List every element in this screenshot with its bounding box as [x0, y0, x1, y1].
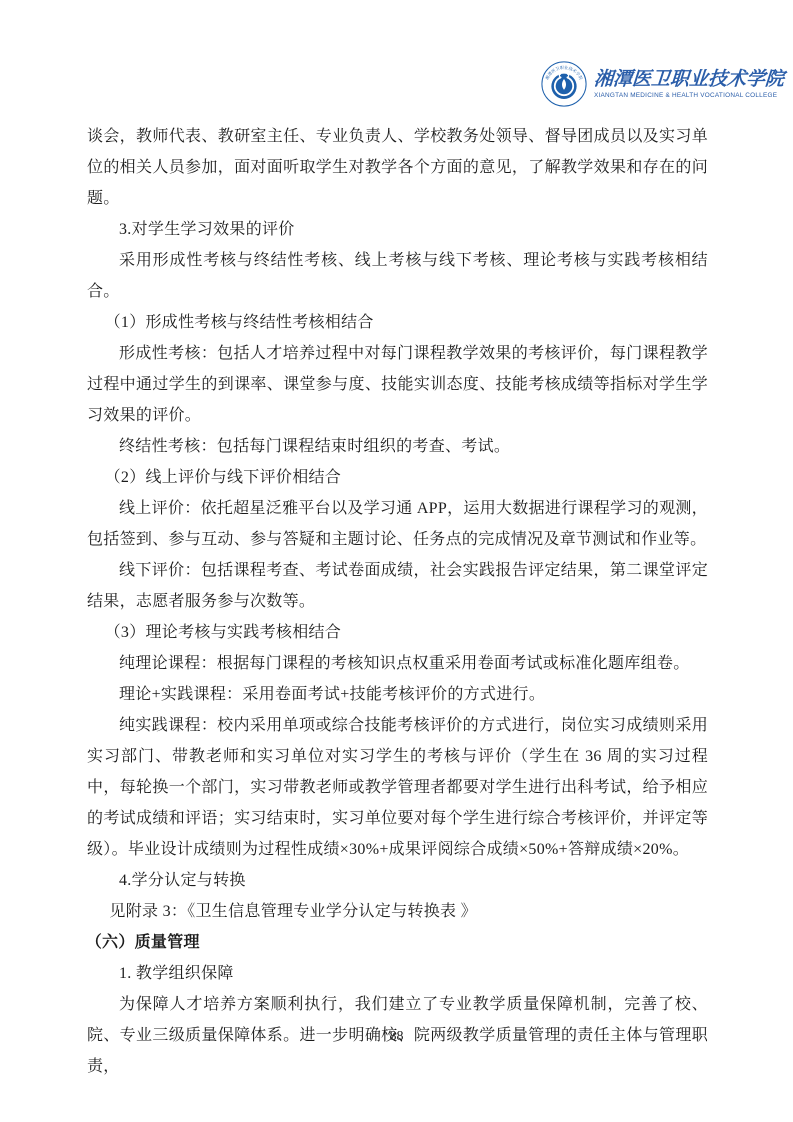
document-page: 湘潭医卫职业技术学院 湘潭医卫职业技术学院 XIANGTAN MEDICINE …	[0, 0, 793, 1122]
college-seal-icon: 湘潭医卫职业技术学院	[541, 61, 587, 107]
paragraph: 采用形成性考核与终结性考核、线上考核与线下考核、理论考核与实践考核相结合。	[87, 245, 708, 307]
college-header: 湘潭医卫职业技术学院 湘潭医卫职业技术学院 XIANGTAN MEDICINE …	[541, 61, 784, 107]
college-name-en: XIANGTAN MEDICINE & HEALTH VOCATIONAL CO…	[594, 92, 784, 99]
paragraph: （2）线上评价与线下评价相结合	[87, 462, 708, 493]
paragraph: 见附录 3：《卫生信息管理专业学分认定与转换表 》	[87, 896, 708, 927]
section-heading: （六）质量管理	[87, 927, 708, 958]
paragraph: 形成性考核：包括人才培养过程中对每门课程教学效果的考核评价，每门课程教学过程中通…	[87, 338, 708, 431]
paragraph: 纯理论课程：根据每门课程的考核知识点权重采用卷面考试或标准化题库组卷。	[87, 648, 708, 679]
college-title-block: 湘潭医卫职业技术学院 XIANGTAN MEDICINE & HEALTH VO…	[594, 70, 784, 99]
document-body: 谈会，教师代表、教研室主任、专业负责人、学校教务处领导、督导团成员以及实习单位的…	[87, 121, 708, 1082]
paragraph: 线上评价：依托超星泛雅平台以及学习通 APP，运用大数据进行课程学习的观测，包括…	[87, 493, 708, 555]
college-name-zh: 湘潭医卫职业技术学院	[593, 70, 784, 90]
paragraph: （1）形成性考核与终结性考核相结合	[87, 307, 708, 338]
page-footer: 88	[0, 1029, 793, 1045]
paragraph: 1. 教学组织保障	[87, 958, 708, 989]
paragraph: 终结性考核：包括每门课程结束时组织的考查、考试。	[87, 431, 708, 462]
paragraph: 纯实践课程：校内采用单项或综合技能考核评价的方式进行，岗位实习成绩则采用实习部门…	[87, 710, 708, 865]
paragraph: 3.对学生学习效果的评价	[87, 214, 708, 245]
page-number: 88	[390, 1029, 404, 1044]
paragraph: 理论+实践课程：采用卷面考试+技能考核评价的方式进行。	[87, 679, 708, 710]
paragraph: 谈会，教师代表、教研室主任、专业负责人、学校教务处领导、督导团成员以及实习单位的…	[87, 121, 708, 214]
paragraph: 线下评价：包括课程考查、考试卷面成绩，社会实践报告评定结果，第二课堂评定结果，志…	[87, 555, 708, 617]
paragraph: 4.学分认定与转换	[87, 865, 708, 896]
paragraph: （3）理论考核与实践考核相结合	[87, 617, 708, 648]
